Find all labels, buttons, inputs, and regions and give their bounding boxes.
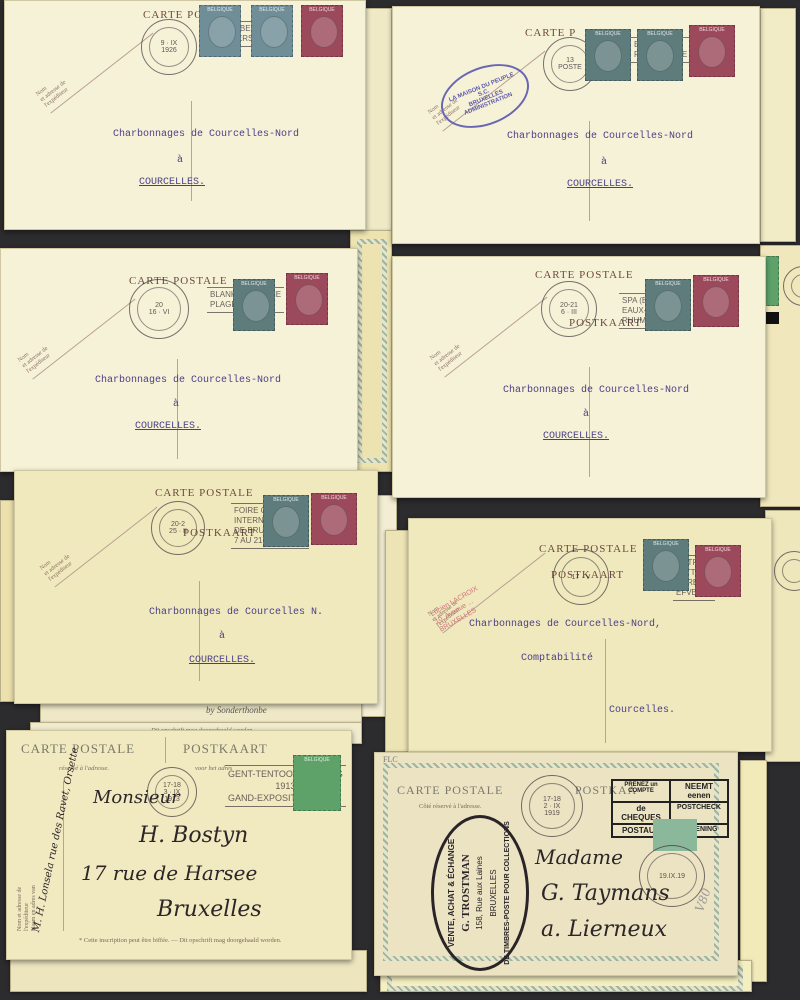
postcard: CARTE POSTALE POSTKAART réservé à l'adre… xyxy=(6,730,352,960)
postcard: CARTE POSTALE POSTKAART Nomet adresse de… xyxy=(14,470,378,704)
address-line: à xyxy=(583,409,589,420)
sender-block: Nomet adresse del'expéditeur xyxy=(39,487,157,588)
postmark: 20-216 · III xyxy=(541,281,597,337)
postmark xyxy=(774,551,800,591)
sender-label: l'expéditeur xyxy=(44,24,151,110)
address-line: Charbonnages de Courcelles-Nord, xyxy=(469,619,661,630)
background-handwriting: by Sonderthonbe xyxy=(206,705,267,715)
stamp: BELGIQUE xyxy=(293,755,341,811)
handwritten-address-line: 17 rue de Harsee xyxy=(81,861,257,885)
postcard: CARTE PO Nom et adresse de l'expéditeur … xyxy=(4,0,366,230)
stamp: BELGIQUE xyxy=(311,493,357,545)
stamp: BELGIQUE xyxy=(233,279,275,331)
address-city: COURCELLES. xyxy=(567,179,633,190)
stamp: BELGIQUE xyxy=(645,279,691,331)
dealer-oval-stamp: VENTE, ACHAT & ÉCHANGE G. TROSTMAN 158, … xyxy=(431,815,529,971)
postcard: CARTE POSTALE POSTKAART Nomet adresse de… xyxy=(408,518,772,752)
address-line: à xyxy=(219,631,225,642)
sender-label: Nom xyxy=(35,13,142,99)
card-divider xyxy=(199,581,200,681)
card-title: CARTE POSTALE xyxy=(397,783,503,798)
address-note-fr: Côté réservé à l'adresse. xyxy=(419,803,482,810)
card-divider xyxy=(605,639,606,743)
background-card xyxy=(760,245,800,507)
postcard: FLC CARTE POSTALE POSTKAA Côté réservé à… xyxy=(374,752,738,976)
postmark xyxy=(783,266,800,306)
address-line: Charbonnages de Courcelles-Nord xyxy=(113,129,299,140)
stamp: BELGIQUE xyxy=(643,539,689,591)
background-card xyxy=(740,760,767,982)
card-title: CARTE POSTALE xyxy=(535,269,634,281)
stamp: BELGIQUE xyxy=(251,5,293,57)
sender-block: Nom et adresse de l'expéditeur xyxy=(35,13,153,114)
sender-block: Nomet adresse del'expéditeur xyxy=(429,277,547,378)
address-line: à xyxy=(173,399,179,410)
stamp: BELGIQUE xyxy=(286,273,328,325)
background-card xyxy=(760,8,796,242)
stamp: BELGIQUE xyxy=(637,29,683,81)
stamp: BELGIQUE xyxy=(695,545,741,597)
postmark: 9 · IX1926 xyxy=(141,19,197,75)
card-footer: * Cette inscription peut être biffée. — … xyxy=(79,937,281,944)
address-line: Charbonnages de Courcelles-Nord xyxy=(503,385,689,396)
postcard: CARTE P Nomet adresse del'expéditeur LA … xyxy=(392,6,760,244)
card-subtitle: POSTKAART xyxy=(183,741,268,757)
address-city: COURCELLES. xyxy=(135,421,201,432)
green-border xyxy=(357,239,387,463)
stamp: BELGIQUE xyxy=(301,5,343,57)
sender-block: Nomet adresse del'expéditeur xyxy=(17,279,135,380)
postcard: CARTE POSTALE POSTKAART Nomet adresse de… xyxy=(392,256,766,498)
postmark: 17 · V xyxy=(553,549,609,605)
address-city: Courcelles. xyxy=(609,705,675,716)
postmark: 20-225 · II xyxy=(151,501,205,555)
handwritten-address-line: Madame xyxy=(535,845,623,869)
card-title: CARTE POSTALE xyxy=(155,487,254,499)
handwritten-address-line: H. Bostyn xyxy=(139,823,248,848)
stamp: BELGIQUE xyxy=(585,29,631,81)
address-line: Charbonnages de Courcelles-Nord xyxy=(95,375,281,386)
address-line: Charbonnages de Courcelles N. xyxy=(149,607,323,618)
address-city: COURCELLES. xyxy=(543,431,609,442)
stamp: BELGIQUE xyxy=(689,25,735,77)
address-city: COURCELLES. xyxy=(139,177,205,188)
postmark: 17-182 · IX1919 xyxy=(521,775,583,837)
card-divider xyxy=(589,367,590,477)
postmark: 2016 · VI xyxy=(129,279,189,339)
stamp: BELGIQUE xyxy=(263,495,309,547)
address-city: COURCELLES. xyxy=(189,655,255,666)
stamp: BELGIQUE xyxy=(693,275,739,327)
card-divider xyxy=(165,737,166,763)
address-department: Comptabilité xyxy=(521,653,593,664)
handwritten-address-line: Bruxelles xyxy=(157,897,262,922)
stamp: BELGIQUE xyxy=(199,5,241,57)
address-line: Charbonnages de Courcelles-Nord xyxy=(507,131,693,142)
handwritten-address-line: Monsieur xyxy=(93,787,180,808)
postcard: CARTE POSTALE Nomet adresse del'expédite… xyxy=(0,248,358,472)
address-line: à xyxy=(177,155,183,166)
handwritten-address-line: G. Taymans xyxy=(541,881,670,906)
handwritten-address-line: a. Lierneux xyxy=(541,917,667,942)
address-line: à xyxy=(601,157,607,168)
sender-label: et adresse de xyxy=(39,18,146,104)
corner-note: FLC xyxy=(383,755,398,764)
handwritten-sender: M. H. Lonsela rue des Ravet, Orsette xyxy=(31,746,81,933)
